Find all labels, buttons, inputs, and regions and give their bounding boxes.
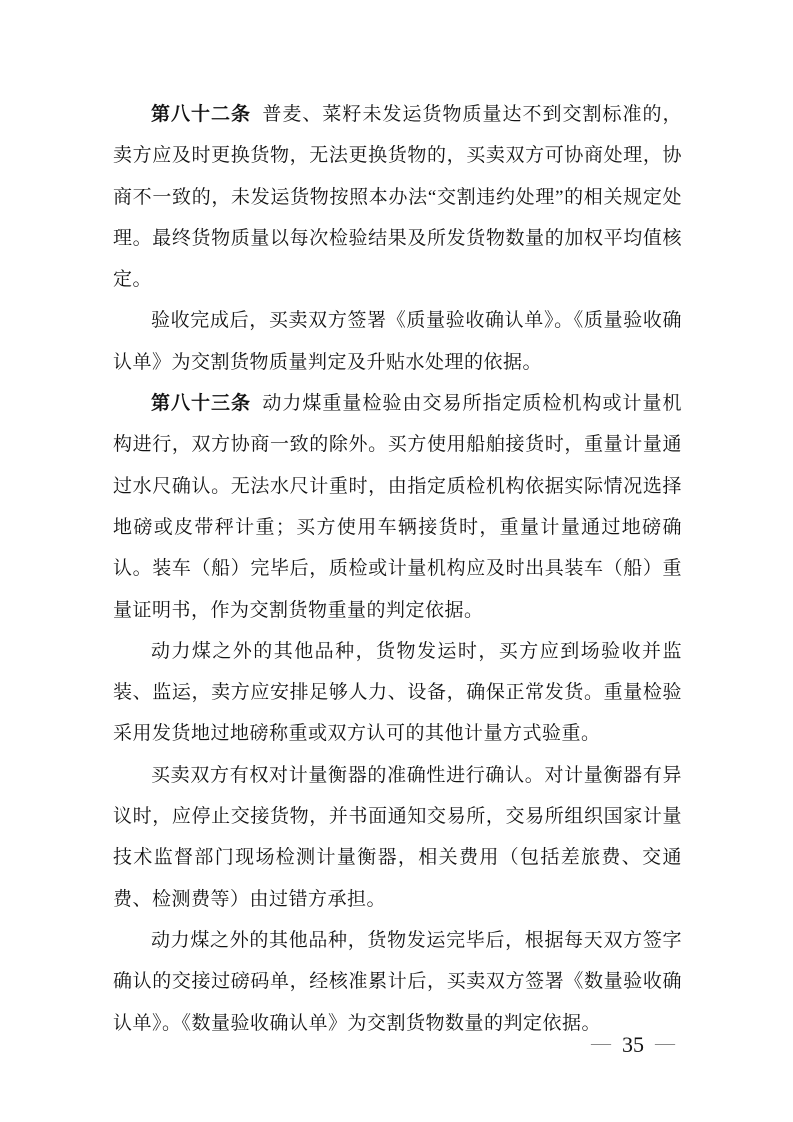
article-number: 第八十三条 [151, 393, 251, 414]
paragraph-text: 动力煤重量检验由交易所指定质检机构或计量机构进行，双方协商一致的除外。买方使用船… [113, 393, 682, 620]
article-number: 第八十二条 [151, 104, 251, 125]
paragraph-article-82: 第八十二条普麦、菜籽未发运货物质量达不到交割标准的，卖方应及时更换货物，无法更换… [113, 94, 682, 300]
document-page: 第八十二条普麦、菜籽未发运货物质量达不到交割标准的，卖方应及时更换货物，无法更换… [0, 0, 793, 1122]
paragraph: 买卖双方有权对计量衡器的准确性进行确认。对计量衡器有异议时，应停止交接货物，并书… [113, 755, 682, 920]
paragraph-article-83: 第八十三条动力煤重量检验由交易所指定质检机构或计量机构进行，双方协商一致的除外。… [113, 383, 682, 631]
page-footer: —35— [591, 1031, 675, 1059]
paragraph-text: 动力煤之外的其他品种，货物发运完毕后，根据每天双方签字确认的交接过磅码单，经核准… [113, 930, 682, 1034]
document-body: 第八十二条普麦、菜籽未发运货物质量达不到交割标准的，卖方应及时更换货物，无法更换… [113, 94, 682, 1044]
page-number: 35 [622, 1031, 644, 1059]
paragraph-text: 验收完成后，买卖双方签署《质量验收确认单》。《质量验收确认单》为交割货物质量判定… [113, 310, 682, 372]
paragraph-text: 买卖双方有权对计量衡器的准确性进行确认。对计量衡器有异议时，应停止交接货物，并书… [113, 765, 682, 910]
paragraph-text: 动力煤之外的其他品种，货物发运时，买方应到场验收并监装、监运，卖方应安排足够人力… [113, 641, 682, 745]
page-number-dash-left: — [591, 1029, 611, 1057]
paragraph: 验收完成后，买卖双方签署《质量验收确认单》。《质量验收确认单》为交割货物质量判定… [113, 300, 682, 383]
paragraph: 动力煤之外的其他品种，货物发运完毕后，根据每天双方签字确认的交接过磅码单，经核准… [113, 920, 682, 1044]
page-number-dash-right: — [655, 1029, 675, 1057]
paragraph-text: 普麦、菜籽未发运货物质量达不到交割标准的，卖方应及时更换货物，无法更换货物的，买… [113, 104, 682, 290]
paragraph: 动力煤之外的其他品种，货物发运时，买方应到场验收并监装、监运，卖方应安排足够人力… [113, 631, 682, 755]
